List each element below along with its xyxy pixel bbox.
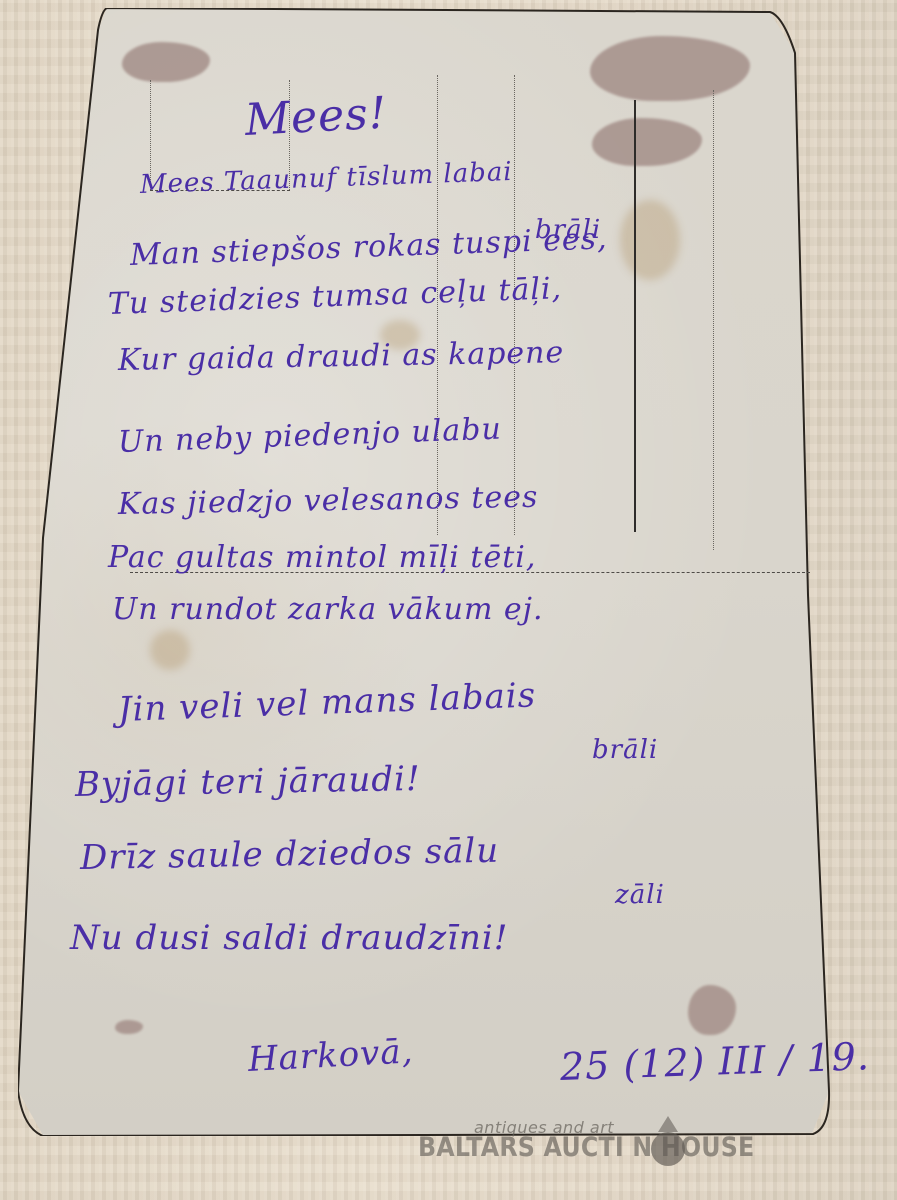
dotted-guide-line bbox=[713, 90, 714, 550]
handwritten-line: Pac gultas mintol mīļi tēti, bbox=[108, 540, 536, 575]
coin-logo-icon bbox=[651, 1132, 685, 1166]
foxing-mark bbox=[150, 630, 190, 670]
handwritten-line: zāli bbox=[615, 880, 665, 910]
handwritten-line: Byjāgi teri jāraudi! bbox=[75, 759, 421, 805]
handwritten-line: Un rundot zarka vākum ej. bbox=[112, 592, 544, 627]
watermark-brand: BALTARS AUCTI N HOUSE bbox=[418, 1132, 754, 1163]
handwritten-line: Nu dusi saldi draudzīni! bbox=[70, 918, 508, 958]
salutation: Mees! bbox=[244, 88, 389, 146]
foxing-mark bbox=[620, 200, 680, 280]
handwritten-line: Kas jiedzjo velesanos tees bbox=[118, 480, 539, 522]
handwritten-line: Drīz saule dziedos sālu bbox=[80, 831, 500, 878]
address-divider-line bbox=[634, 100, 636, 532]
handwritten-line: brāli bbox=[592, 735, 658, 765]
